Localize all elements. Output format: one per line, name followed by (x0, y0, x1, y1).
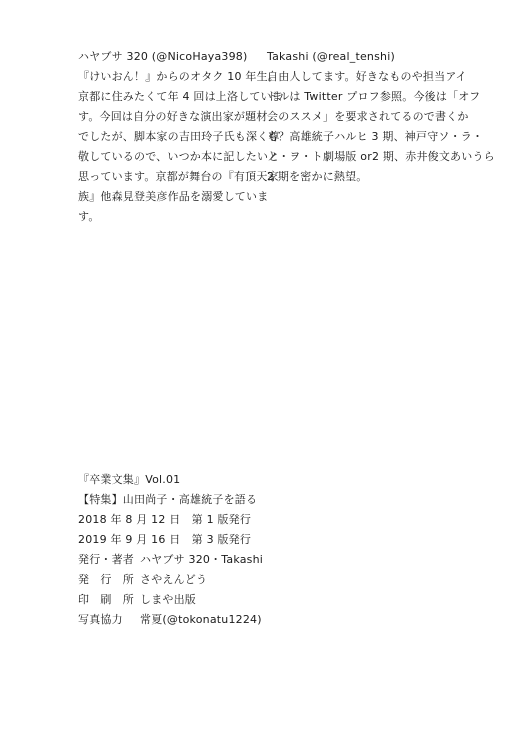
bio-line: 『けいおん！』からのオタク 10 年生。 (78, 67, 260, 87)
credit-label: 発行・著者 (78, 550, 134, 570)
credit-value: 常夏(@tokonatu1224) (140, 610, 262, 630)
credit-value: さやえんどう (140, 570, 207, 590)
credit-row-printing-office: 印 刷 所 しまや出版 (78, 590, 378, 610)
credit-value: ハヤブサ 320・Takashi (140, 550, 263, 570)
bio-line: ノ・ヲ・ト劇場版 or2 期、赤井俊文あいうら (267, 147, 455, 167)
bio-line: 族』他森見登美彦作品を溺愛していま (78, 187, 260, 207)
feature-title: 【特集】山田尚子・高雄統子を語る (78, 490, 378, 510)
bio-line: す。今回は自分の好きな演出家が題材 (78, 107, 260, 127)
credit-label: 写真協力 (78, 610, 134, 630)
bio-line: ドルは Twitter プロフ参照。今後は「オフ (267, 87, 455, 107)
bio-line: す。 (78, 207, 260, 227)
bio-line: 自由人してます。好きなものや担当アイ (267, 67, 455, 87)
author-profile-takashi: Takashi (@real_tenshi) 自由人してます。好きなものや担当ア… (267, 47, 455, 187)
credit-row-publisher-author: 発行・著者 ハヤブサ 320・Takashi (78, 550, 378, 570)
bio-line: 京都に住みたくて年 4 回は上洛していま (78, 87, 260, 107)
bio-line: 2 期を密かに熱望。 (267, 167, 455, 187)
bio-line: 思っています。京都が舞台の『有頂天家 (78, 167, 260, 187)
bio-line: 会のススメ」を要求されてるので書くか (267, 107, 455, 127)
credit-label: 発 行 所 (78, 570, 134, 590)
author-profile-hayabusa: ハヤブサ 320 (@NicoHaya398) 『けいおん！』からのオタク 10… (78, 47, 260, 227)
colophon-page: ハヤブサ 320 (@NicoHaya398) 『けいおん！』からのオタク 10… (0, 0, 516, 729)
bio-line: でしたが、脚本家の吉田玲子氏も深く尊 (78, 127, 260, 147)
bio-line: も？高雄統子ハルヒ 3 期、神戸守ソ・ラ・ (267, 127, 455, 147)
credit-value: しまや出版 (140, 590, 196, 610)
edition-line: 2019 年 9 月 16 日 第 3 版発行 (78, 530, 378, 550)
publication-colophon: 『卒業文集』Vol.01 【特集】山田尚子・高雄統子を語る 2018 年 8 月… (78, 470, 378, 630)
book-title: 『卒業文集』Vol.01 (78, 470, 378, 490)
credit-label: 印 刷 所 (78, 590, 134, 610)
credit-row-photo-cooperation: 写真協力 常夏(@tokonatu1224) (78, 610, 378, 630)
credit-row-publishing-office: 発 行 所 さやえんどう (78, 570, 378, 590)
author-handle: Takashi (@real_tenshi) (267, 47, 455, 67)
edition-line: 2018 年 8 月 12 日 第 1 版発行 (78, 510, 378, 530)
bio-line: 敬しているので、いつか本に記したいと (78, 147, 260, 167)
author-handle: ハヤブサ 320 (@NicoHaya398) (78, 47, 260, 67)
